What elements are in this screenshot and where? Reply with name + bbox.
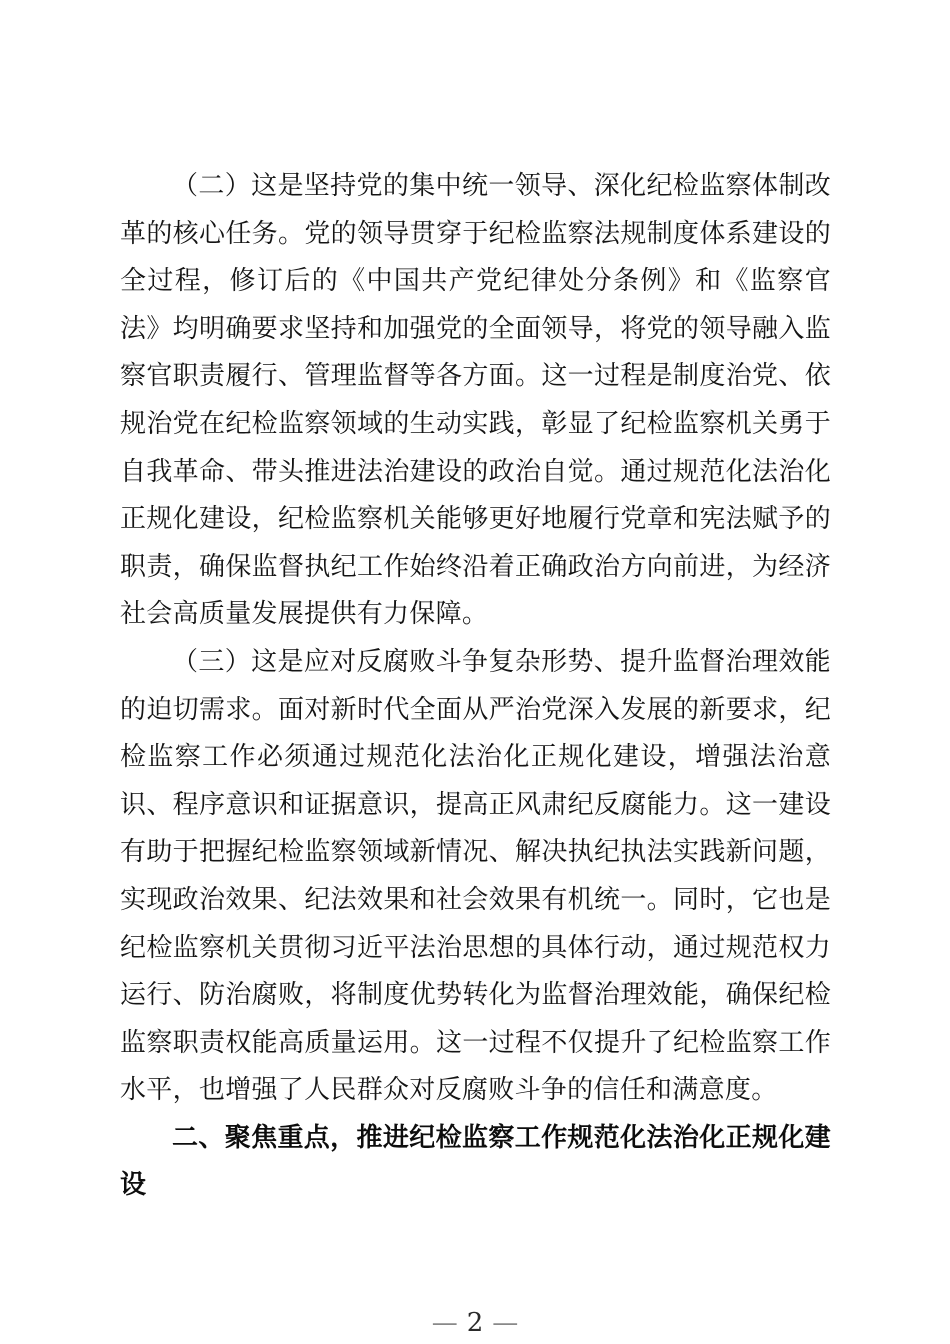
document-page: （二）这是坚持党的集中统一领导、深化纪检监察体制改革的核心任务。党的领导贯穿于纪… — [0, 0, 950, 1344]
footer-dash-left: — — [432, 1308, 458, 1338]
paragraph-section-2: （二）这是坚持党的集中统一领导、深化纪检监察体制改革的核心任务。党的领导贯穿于纪… — [120, 163, 831, 639]
page-footer: —2— — [0, 1308, 950, 1338]
page-content: （二）这是坚持党的集中统一领导、深化纪检监察体制改革的核心任务。党的领导贯穿于纪… — [120, 163, 831, 1210]
footer-dash-right: — — [492, 1308, 518, 1338]
paragraph-section-3: （三）这是应对反腐败斗争复杂形势、提升监督治理效能的迫切需求。面对新时代全面从严… — [120, 639, 831, 1115]
section-heading-2: 二、聚焦重点，推进纪检监察工作规范化法治化正规化建设 — [120, 1115, 831, 1210]
page-number: 2 — [467, 1308, 484, 1338]
